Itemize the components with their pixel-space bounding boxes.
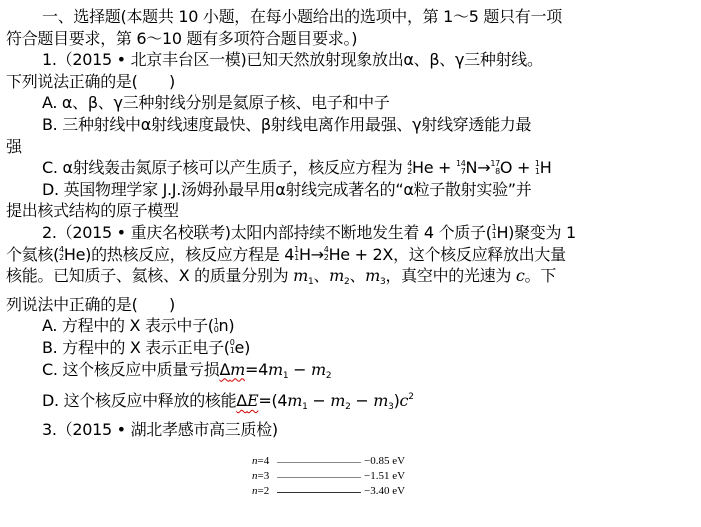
- level-line: [277, 492, 361, 493]
- energy-level-diagram: n=4 −0.85 eV n=3 −1.51 eV n=2 −3.40 eV: [252, 455, 412, 500]
- q1-option-d-line2: 提出核式结构的原子模型: [6, 200, 696, 222]
- q1-option-d-line1: D. 英国物理学家 J.J.汤姆孙最早用α射线完成著名的“α粒子散射实验”并: [6, 179, 696, 201]
- energy-level-n4: n=4 −0.85 eV: [252, 455, 412, 470]
- section-header-line2: 符合题目要求，第 6～10 题有多项符合题目要求。): [6, 28, 696, 50]
- q1-option-b-line1: B. 三种射线中α射线速度最快、β射线电离作用最强、γ射线穿透能力最: [6, 114, 696, 136]
- q2-option-c: C. 这个核反应中质量亏损Δm=4m1 − m2: [6, 359, 696, 388]
- q1-option-c: C. α射线轰击氮原子核可以产生质子，核反应方程为 42He + 147N→17…: [6, 157, 696, 179]
- energy-level-n3: n=3 −1.51 eV: [252, 470, 412, 485]
- q1-option-b-line2: 强: [6, 136, 696, 158]
- q1-option-a: A. α、β、γ三种射线分别是氦原子核、电子和中子: [6, 92, 696, 114]
- q1-stem-line2: 下列说法正确的是( ): [6, 71, 696, 93]
- section-header-line1: 一、选择题(本题共 10 小题，在每小题给出的选项中，第 1～5 题只有一项: [6, 6, 696, 28]
- document-body: 一、选择题(本题共 10 小题，在每小题给出的选项中，第 1～5 题只有一项 符…: [6, 6, 696, 440]
- q3-stem: 3.（2015 • 湖北孝感市高三质检): [6, 419, 696, 441]
- q2-stem-line2: 个氦核(42He)的热核反应，核反应方程是 411H→42He + 2X，这个核…: [6, 244, 696, 266]
- isotope-label: 42: [407, 160, 412, 176]
- q1-stem-line1: 1.（2015 • 北京丰台区一模)已知天然放射现象放出α、β、γ三种射线。: [6, 49, 696, 71]
- arrow-icon: →: [311, 245, 324, 264]
- q2-stem-line4: 列说法中正确的是( ): [6, 294, 696, 316]
- q2-stem-line3: 核能。已知质子、氦核、X 的质量分别为 m1、m2、m3，真空中的光速为 c。下: [6, 265, 696, 294]
- q2-option-b: B. 方程中的 X 表示正电子(01e): [6, 337, 696, 359]
- q2-stem-line1: 2.（2015 • 重庆名校联考)太阳内部持续不断地发生着 4 个质子(11H)…: [6, 222, 696, 244]
- arrow-icon: →: [477, 158, 490, 177]
- level-line: [277, 462, 361, 463]
- energy-level-n2: n=2 −3.40 eV: [252, 485, 412, 500]
- q2-option-d: D. 这个核反应中释放的核能ΔE=(4m1 − m2 − m3)c2: [6, 387, 696, 419]
- level-line: [277, 477, 361, 478]
- q2-option-a: A. 方程中的 X 表示中子(10n): [6, 315, 696, 337]
